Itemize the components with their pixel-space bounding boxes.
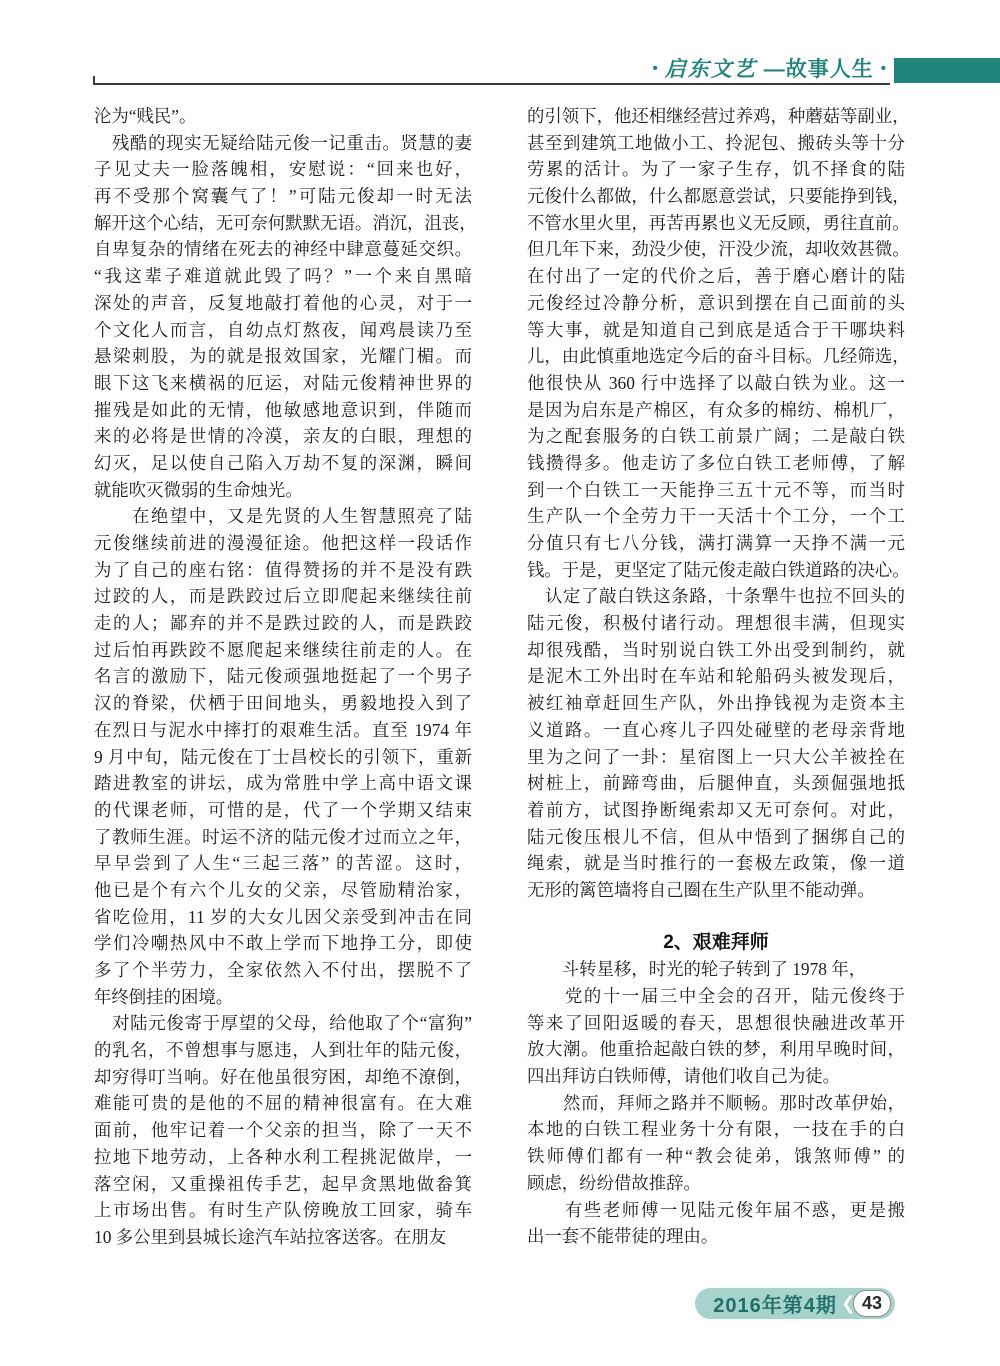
text-line: 个文化人而言，自幼点灯熬夜，闻鸡晨读乃至 bbox=[94, 317, 472, 344]
right-column: 的引领下，他还相继经营过养鸡，种蘑菇等副业，甚至到建筑工地做小工、拎泥包、搬砖头… bbox=[527, 103, 905, 1250]
text-line: 着前方，试图挣断绳索却又无可奈何。对此， bbox=[527, 797, 905, 824]
text-line: 但几年下来，劲没少使，汗没少流，却收效甚微。 bbox=[527, 236, 905, 263]
section-title: —故事人生 bbox=[764, 53, 874, 83]
text-line: 年终倒挂的困境。 bbox=[94, 984, 472, 1011]
text-line: 在烈日与泥水中摔打的艰难生活。直至 1974 年 bbox=[94, 717, 472, 744]
text-line: 学们冷嘲热风中不敢上学而下地挣工分，即使 bbox=[94, 930, 472, 957]
text-line: 多了个半劳力，全家依然入不付出，摆脱不了 bbox=[94, 957, 472, 984]
header-rule bbox=[93, 83, 890, 85]
right-column-part2: 斗转星移，时光的轮子转到了 1978 年， 党的十一届三中全会的召开，陆元俊终于… bbox=[527, 956, 905, 1250]
text-line: 钱。于是，更坚定了陆元俊走敲白铁道路的决心。 bbox=[527, 557, 905, 584]
text-line: 到一个白铁工一天能挣三五十元不等，而当时 bbox=[527, 477, 905, 504]
text-line: 再不受那个窝囊气了！”可陆元俊却一时无法 bbox=[94, 183, 472, 210]
text-line: 子见丈夫一脸落魄相，安慰说：“回来也好， bbox=[94, 156, 472, 183]
text-line: 在付出了一定的代价之后，善于磨心磨计的陆 bbox=[527, 263, 905, 290]
text-line: 幻灭，足以使自己陷入万劫不复的深渊，瞬间 bbox=[94, 450, 472, 477]
text-line: 过后怕再跌跤不愿爬起来继续往前走的人。在 bbox=[94, 637, 472, 664]
text-line: 残酷的现实无疑给陆元俊一记重击。贤慧的妻 bbox=[94, 130, 472, 157]
text-line: 甚至到建筑工地做小工、拎泥包、搬砖头等十分 bbox=[527, 130, 905, 157]
text-line: “我这辈子难道就此毁了吗？”一个来自黑暗 bbox=[94, 263, 472, 290]
text-line: 省吃俭用，11 岁的大女儿因父亲受到冲击在同 bbox=[94, 904, 472, 931]
text-line: 放大潮。他重拾起敲白铁的梦，利用早晚时间， bbox=[527, 1036, 905, 1063]
magazine-page: • 启东文艺 —故事人生 • 沦为“贱民”。 残酷的现实无疑给陆元俊一记重击。贤… bbox=[0, 0, 1000, 1366]
text-line: 等来了回阳返暖的春天，思想很快融进改革开 bbox=[527, 1010, 905, 1037]
header-bullet-right-icon: • bbox=[881, 61, 886, 76]
text-line: 9 月中旬，陆元俊在丁士昌校长的引领下，重新 bbox=[94, 744, 472, 771]
text-line: 来的必将是世情的冷漠，亲友的白眼，理想的 bbox=[94, 423, 472, 450]
text-line: 生产队一个全劳力干一天活十个工分，一个工 bbox=[527, 503, 905, 530]
text-line: 面前，他牢记着一个父亲的担当，除了一天不 bbox=[94, 1117, 472, 1144]
text-line: 为之配套服务的白铁工前景广阔；二是敲白铁 bbox=[527, 423, 905, 450]
text-line: 认定了敲白铁这条路，十条犟牛也拉不回头的 bbox=[527, 583, 905, 610]
text-line: 的代课老师，可惜的是，代了一个学期又结束 bbox=[94, 797, 472, 824]
text-line: 元俊继续前进的漫漫征途。他把这样一段话作 bbox=[94, 530, 472, 557]
text-line: 有些老师傅一见陆元俊年届不惑，更是搬 bbox=[527, 1197, 905, 1224]
text-line: 不管水里火里，再苦再累也义无反顾，勇往直前。 bbox=[527, 210, 905, 237]
text-line: 拉地下地劳动，上各种水利工程挑泥做岸，一 bbox=[94, 1144, 472, 1171]
magazine-title: 启东文艺 bbox=[665, 53, 757, 83]
text-line: 沦为“贱民”。 bbox=[94, 103, 472, 130]
text-line: 自卑复杂的情绪在死去的神经中肆意蔓延交织。 bbox=[94, 236, 472, 263]
text-line: 元俊经过冷静分析，意识到摆在自己面前的头 bbox=[527, 290, 905, 317]
text-line: 了教师生涯。时运不济的陆元俊才过而立之年， bbox=[94, 824, 472, 851]
text-line: 无形的篱笆墙将自己圈在生产队里不能动弹。 bbox=[527, 877, 905, 904]
text-line: 的乳名，不曾想事与愿违，人到壮年的陆元俊， bbox=[94, 1037, 472, 1064]
text-line: 解开这个心结，无可奈何默默无语。消沉，沮丧， bbox=[94, 210, 472, 237]
text-line: 名言的激励下，陆元俊顽强地挺起了一个男子 bbox=[94, 663, 472, 690]
header-corner-bar bbox=[894, 58, 1000, 83]
text-line: 却很残酷，当时别说白铁工外出受到制约，就 bbox=[527, 637, 905, 664]
text-line: 绳索，就是当时推行的一套极左政策，像一道 bbox=[527, 850, 905, 877]
text-line: 铁师傅们都有一种“教会徒弟，饿煞师傅” 的 bbox=[527, 1143, 905, 1170]
page-number-badge: 43 bbox=[853, 1290, 891, 1317]
text-line: 陆元俊，积极付诸行动。理想很丰满，但现实 bbox=[527, 610, 905, 637]
text-line: 摧残是如此的无情，他敏感地意识到，伴随而 bbox=[94, 397, 472, 424]
section-heading: 2、艰难拜师 bbox=[527, 930, 905, 957]
text-line: 树桩上，前蹄弯曲，后腿伸直，头颈倔强地抵 bbox=[527, 770, 905, 797]
text-line: 踏进教室的讲坛，成为常胜中学上高中语文课 bbox=[94, 770, 472, 797]
text-line: 等大事，就是知道自己到底是适合于干哪块料 bbox=[527, 317, 905, 344]
text-line: 钱攒得多。他走访了多位白铁工老师傅，了解 bbox=[527, 450, 905, 477]
text-line: 10 多公里到县城长途汽车站拉客送客。在朋友 bbox=[94, 1224, 472, 1251]
right-column-part1: 的引领下，他还相继经营过养鸡，种蘑菇等副业，甚至到建筑工地做小工、拎泥包、搬砖头… bbox=[527, 103, 905, 904]
text-line: 深处的声音，反复地敲打着他的心灵，对于一 bbox=[94, 290, 472, 317]
text-line: 儿，由此慎重地选定今后的奋斗目标。几经筛选， bbox=[527, 343, 905, 370]
text-line: 为了自己的座右铭：值得赞扬的并不是没有跌 bbox=[94, 557, 472, 584]
text-line: 落空闲，又重操祖传手艺，起早贪黑地做畚箕 bbox=[94, 1171, 472, 1198]
text-line: 里为之问了一卦：星宿图上一只大公羊被拴在 bbox=[527, 744, 905, 771]
issue-label: 2016年第4期 bbox=[713, 1289, 837, 1318]
text-line: 然而，拜师之路并不顺畅。那时改革伊始， bbox=[527, 1090, 905, 1117]
text-line: 是泥木工外出时在车站和轮船码头被发现后， bbox=[527, 663, 905, 690]
text-line: 是因为启东是产棉区，有众多的棉纺、棉机厂， bbox=[527, 397, 905, 424]
text-line: 早早尝到了人生“三起三落” 的苦涩。这时， bbox=[94, 850, 472, 877]
text-line: 分值只有七八分钱，满打满算一天挣不满一元 bbox=[527, 530, 905, 557]
text-line: 他很快从 360 行中选择了以敲白铁为业。这一 bbox=[527, 370, 905, 397]
text-line: 陆元俊压根儿不信，但从中悟到了捆绑自己的 bbox=[527, 824, 905, 851]
text-line: 悬梁刺股，为的就是报效国家，光耀门楣。而 bbox=[94, 343, 472, 370]
text-line: 却穷得叮当响。好在他虽很穷困，却绝不潦倒， bbox=[94, 1064, 472, 1091]
text-line: 就能吹灭微弱的生命烛光。 bbox=[94, 477, 472, 504]
left-column: 沦为“贱民”。 残酷的现实无疑给陆元俊一记重击。贤慧的妻子见丈夫一脸落魄相，安慰… bbox=[94, 103, 472, 1251]
text-line: 对陆元俊寄于厚望的父母，给他取了个“富狗” bbox=[94, 1010, 472, 1037]
text-line: 斗转星移，时光的轮子转到了 1978 年， bbox=[527, 956, 905, 983]
text-line: 元俊什么都做，什么都愿意尝试，只要能挣到钱， bbox=[527, 183, 905, 210]
page-header: • 启东文艺 —故事人生 • bbox=[652, 54, 886, 82]
text-line: 义道路。一直心疼儿子四处碰壁的老母亲背地 bbox=[527, 717, 905, 744]
text-line: 党的十一届三中全会的召开，陆元俊终于 bbox=[527, 983, 905, 1010]
text-line: 难能可贵的是他的不屈的精神很富有。在大难 bbox=[94, 1090, 472, 1117]
text-line: 他已是个有六个儿女的父亲，尽管励精治家， bbox=[94, 877, 472, 904]
footer-issue-pill: 2016年第4期 ❮ 43 bbox=[695, 1288, 895, 1319]
text-line: 的引领下，他还相继经营过养鸡，种蘑菇等副业， bbox=[527, 103, 905, 130]
text-line: 出一套不能带徒的理由。 bbox=[527, 1223, 905, 1250]
header-bullet-left-icon: • bbox=[652, 61, 657, 76]
text-line: 顾虑，纷纷借故推辞。 bbox=[527, 1170, 905, 1197]
text-line: 在绝望中，又是先贤的人生智慧照亮了陆 bbox=[94, 503, 472, 530]
text-line: 被红袖章赶回生产队，外出挣钱视为走资本主 bbox=[527, 690, 905, 717]
text-line: 本地的白铁工程业务十分有限，一技在手的白 bbox=[527, 1116, 905, 1143]
text-line: 上市场出售。有时生产队傍晚放工回家，骑车 bbox=[94, 1197, 472, 1224]
text-line: 四出拜访白铁师傅，请他们收自己为徒。 bbox=[527, 1063, 905, 1090]
text-line: 眼下这飞来横祸的厄运，对陆元俊精神世界的 bbox=[94, 370, 472, 397]
text-line: 劳累的活计。为了一家子生存，饥不择食的陆 bbox=[527, 156, 905, 183]
text-line: 过跤的人，而是跌跤过后立即爬起来继续往前 bbox=[94, 583, 472, 610]
text-line: 走的人；鄙弃的并不是跌过跤的人，而是跌跤 bbox=[94, 610, 472, 637]
text-line: 汉的脊梁，伏栖于田间地头，勇毅地投入到了 bbox=[94, 690, 472, 717]
